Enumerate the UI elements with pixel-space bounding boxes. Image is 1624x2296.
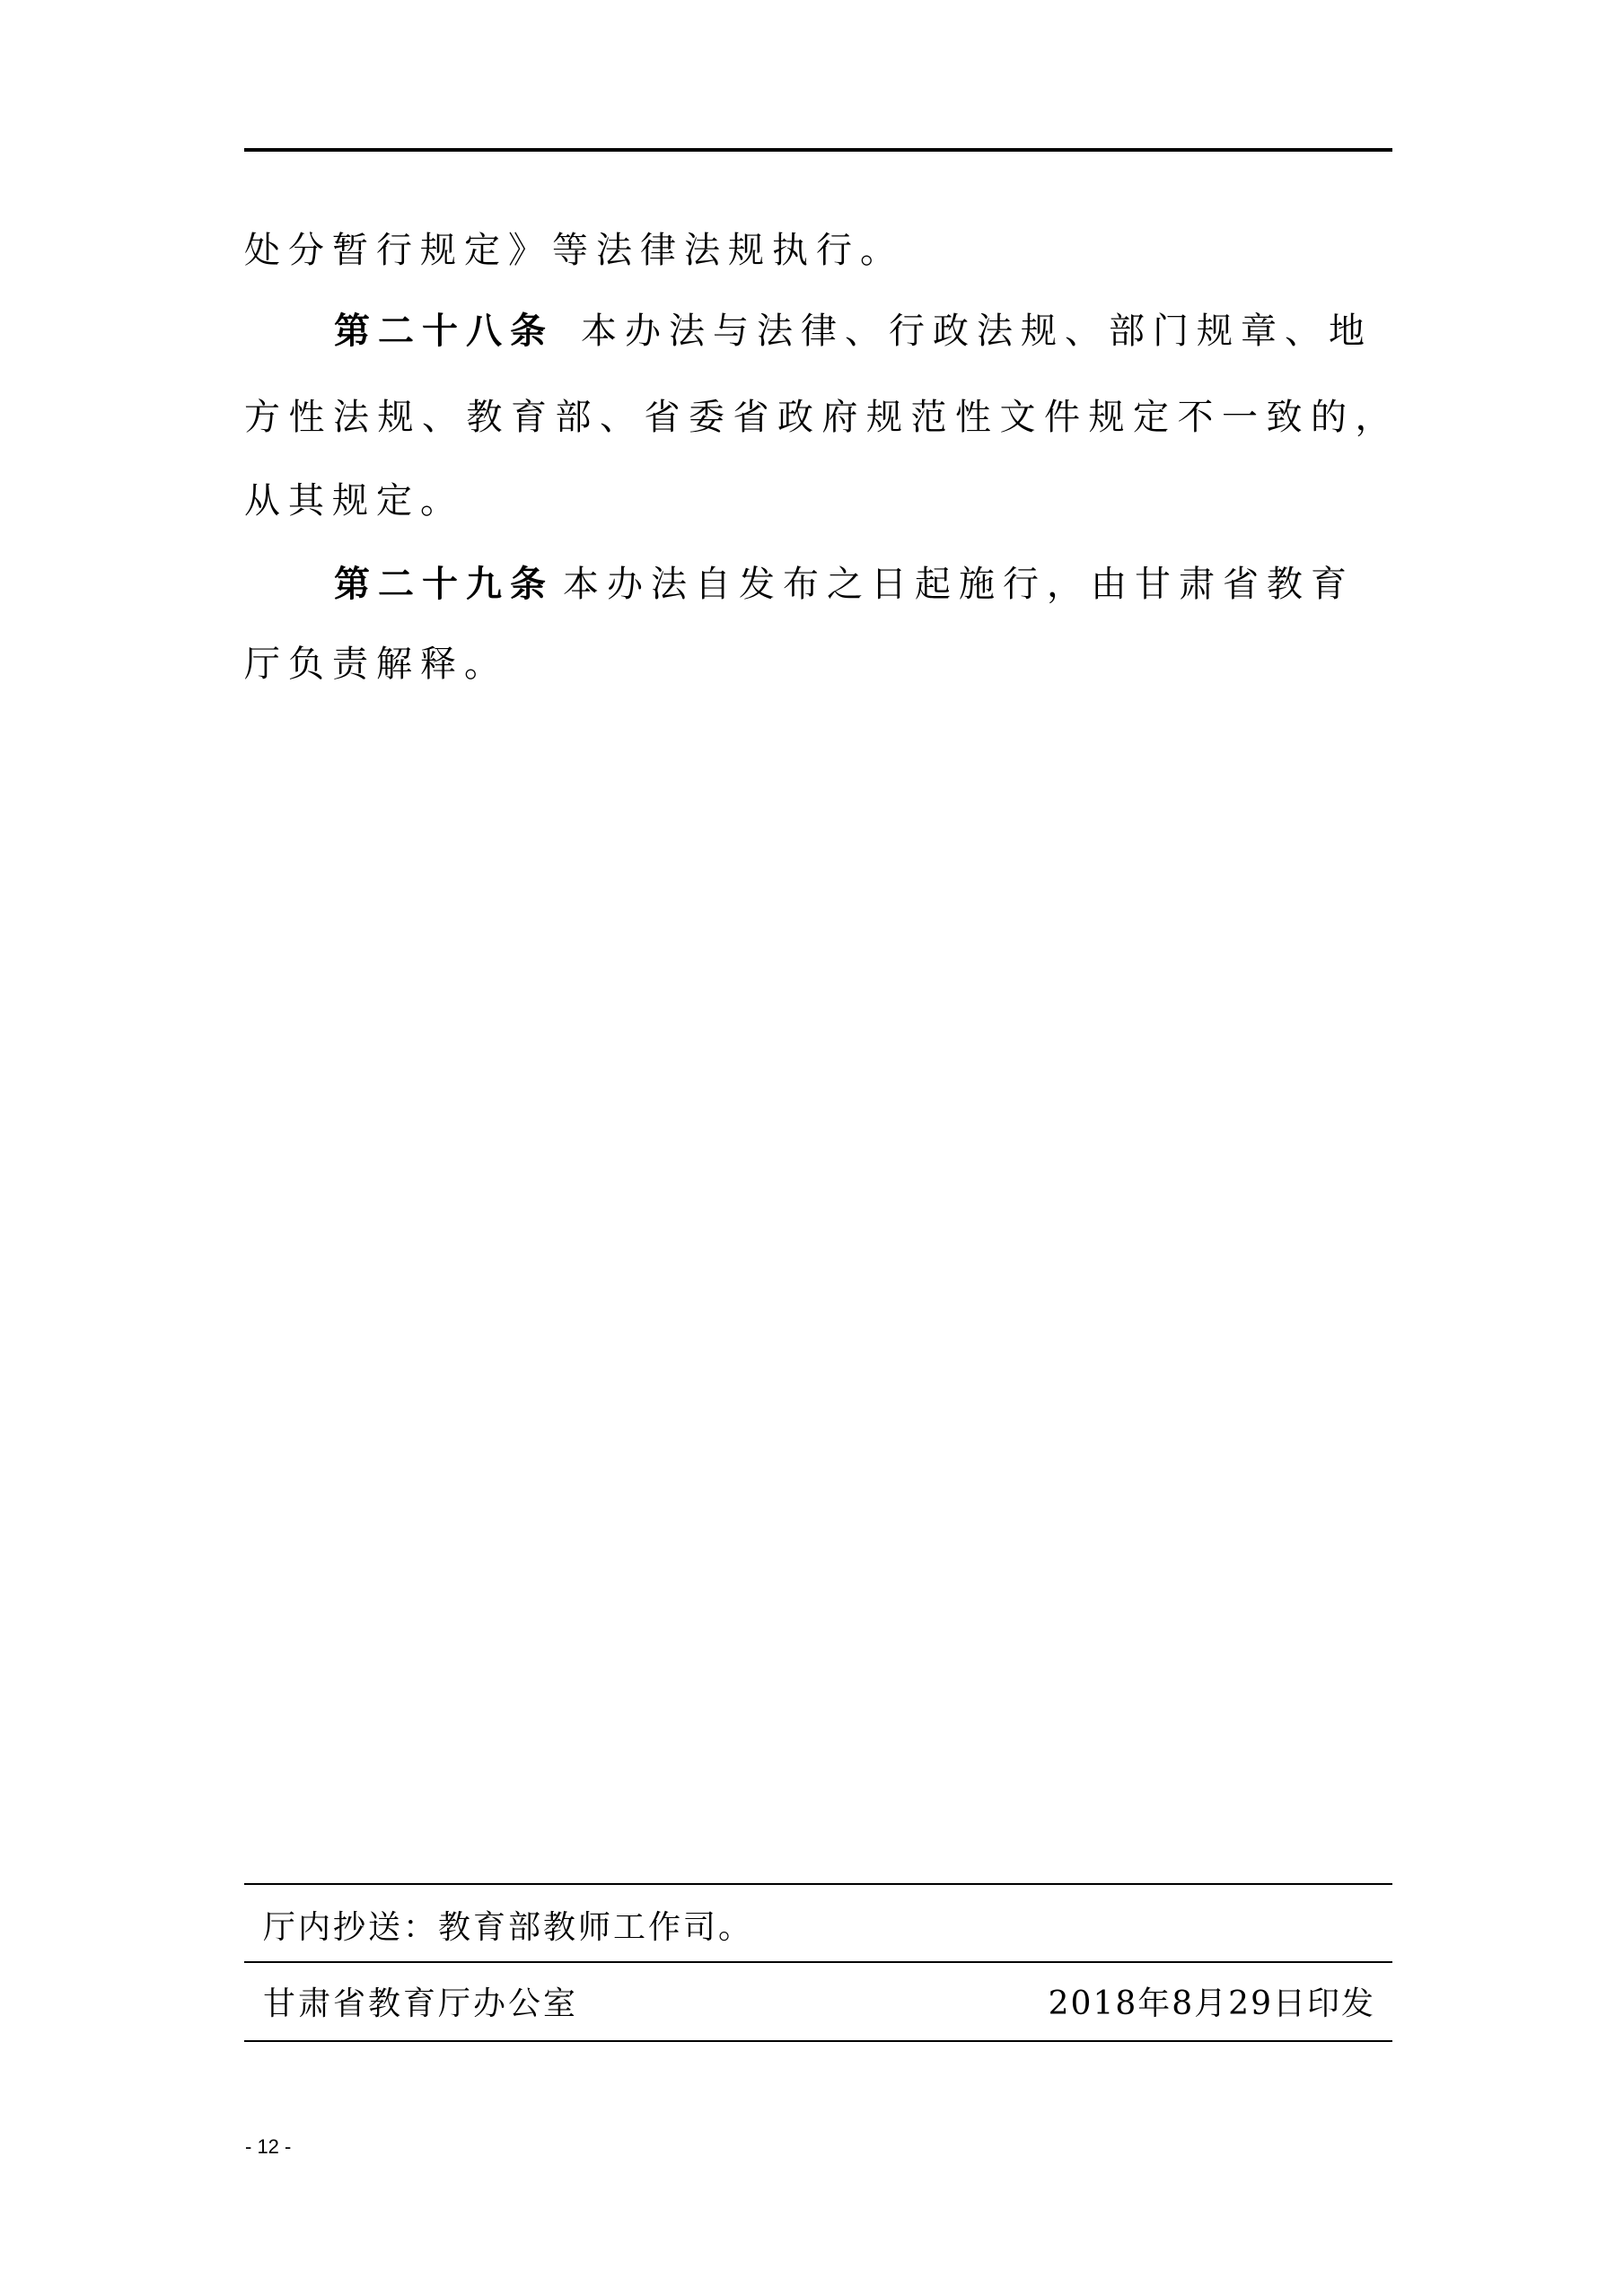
cc-line: 厅内抄送：教育部教师工作司。 bbox=[263, 1906, 753, 1950]
page-number: - 12 - bbox=[245, 2134, 291, 2160]
continuation-line: 处分暂行规定》等法律法规执行。 bbox=[244, 223, 1402, 277]
issuer: 甘肃省教育厅办公室 bbox=[263, 1982, 578, 2027]
footer-rule-bottom bbox=[244, 2040, 1392, 2042]
article-29-line-1: 第二十九条本办法自发布之日起施行，由甘肃省教育 bbox=[244, 557, 1402, 611]
article-28-heading: 第二十八条 bbox=[334, 310, 554, 352]
article-28-line-2: 方性法规、教育部、省委省政府规范性文件规定不一致的， bbox=[244, 390, 1402, 444]
article-29-text-1: 本办法自发布之日起施行，由甘肃省教育 bbox=[563, 564, 1355, 605]
footer-rule-middle bbox=[244, 1961, 1392, 1963]
footer-rule-top bbox=[244, 1883, 1392, 1885]
article-29-heading: 第二十九条 bbox=[334, 563, 554, 605]
header-rule bbox=[244, 148, 1392, 152]
article-28-line-1: 第二十八条本办法与法律、行政法规、部门规章、地 bbox=[244, 304, 1402, 358]
article-28-text-1: 本办法与法律、行政法规、部门规章、地 bbox=[581, 311, 1373, 352]
issue-date: 2018年8月29日印发 bbox=[1049, 1982, 1375, 2027]
article-28-line-3: 从其规定。 bbox=[244, 474, 1402, 528]
article-29-line-2: 厅负责解释。 bbox=[244, 637, 1402, 691]
